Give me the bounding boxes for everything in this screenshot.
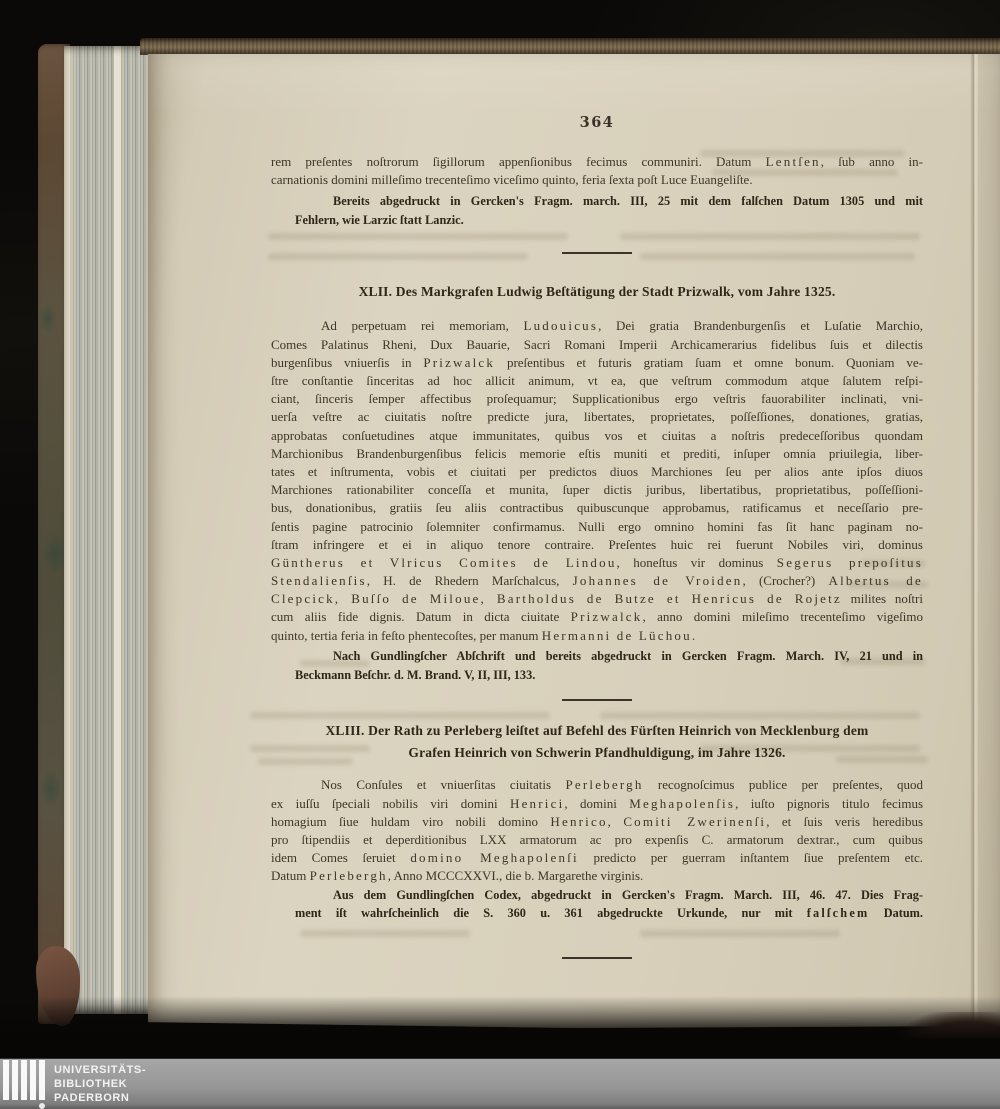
text-line: ſentis pagine patrocinio ſolemniter conf… <box>271 518 923 536</box>
text-paragraph: Nos Conſules et vniuerſitas ciuitatis Pe… <box>271 776 923 885</box>
spaced-name: Segerus prepoſitus <box>777 555 923 570</box>
text-line: XLIII. Der Rath zu Perleberg leiſtet auf… <box>271 720 923 742</box>
logo-bar <box>30 1060 36 1100</box>
spaced-name: Albertus de <box>829 573 923 588</box>
text-line: Marchionibus Brandenburgenſibus felicis … <box>271 445 923 463</box>
text-line: Grafen Heinrich von Schwerin Pfandhuldig… <box>271 742 923 764</box>
text-line: Marchiones rationabiliter conceſſa et mu… <box>271 481 923 499</box>
text-line: Bereits abgedruckt in Gercken's Fragm. m… <box>295 192 923 211</box>
spaced-name: domino Meghapolenſi <box>410 850 578 865</box>
library-logo <box>3 1060 51 1109</box>
separator-rule <box>562 252 632 254</box>
spaced-name: Comiti Zwerinenſi <box>623 814 766 829</box>
text-line: Datum Perlebergh, Anno MCCCXXVI., die b.… <box>271 867 923 885</box>
page-text-block: 364 rem preſentes noſtrorum ſigillorum a… <box>271 54 923 959</box>
source-note: Aus dem Gundlingſchen Codex, abgedruckt … <box>295 886 923 924</box>
library-footer-bar: UNIVERSITÄTS- BIBLIOTHEK PADERBORN <box>0 1058 1000 1109</box>
text-line: Clepcick, Buſſo de Miloue, Bartholdus de… <box>271 590 923 608</box>
text-line: tates et inſtrumenta, vobis et ciuitati … <box>271 463 923 481</box>
separator-rule <box>562 699 632 701</box>
text-line: Aus dem Gundlingſchen Codex, abgedruckt … <box>295 886 923 905</box>
logo-bar <box>21 1060 27 1100</box>
library-name: UNIVERSITÄTS- BIBLIOTHEK PADERBORN <box>54 1063 146 1105</box>
text-line: Nach Gundlingſcher Abſchrift und bereits… <box>295 647 923 666</box>
text-line: approbatas conſuetudines atque immunitat… <box>271 427 923 445</box>
spaced-name: Meghapolenſis <box>629 796 735 811</box>
text-line: homagium ſiue huldam viro nobili domino … <box>271 813 923 831</box>
spaced-name: Henrico <box>550 814 607 829</box>
text-line: XLII. Des Markgrafen Ludwig Beſtätigung … <box>271 281 923 303</box>
spaced-name: Prizwalck <box>423 355 495 370</box>
page-crease <box>970 54 978 1028</box>
spaced-name: Lentſen <box>766 154 821 169</box>
text-line: burgenſibus vniuerſis in Prizwalck preſe… <box>271 354 923 372</box>
text-line: idem Comes ſeruiet domino Meghapolenſi p… <box>271 849 923 867</box>
text-line: uerſa veſtre ac ciuitatis noſtre predict… <box>271 408 923 426</box>
section-heading: XLIII. Der Rath zu Perleberg leiſtet auf… <box>271 720 923 763</box>
text-line: ſtram infringere et ei in aliquo tenore … <box>271 536 923 554</box>
spaced-name: Perlebergh <box>310 868 388 883</box>
spaced-name: Prizwalck <box>571 609 643 624</box>
text-paragraph: Ad perpetuam rei memoriam, Ludouicus, De… <box>271 317 923 644</box>
section-heading: XLII. Des Markgrafen Ludwig Beſtätigung … <box>271 281 923 303</box>
page-number: 364 <box>271 114 923 132</box>
text-line: ciant, ſinceris ſemper affectibus proſeq… <box>271 390 923 408</box>
library-name-line: PADERBORN <box>54 1091 146 1105</box>
spaced-name: Hermanni de Lüchou <box>542 628 692 643</box>
spaced-name: falſchem <box>807 906 870 920</box>
spaced-name: Güntherus et Vlricus Comites de Lindou <box>271 555 617 570</box>
spaced-name: Stendalienſis <box>271 573 367 588</box>
spaced-name: Clepcick, Buſſo de Miloue, Bartholdus de… <box>271 591 842 606</box>
text-line: ex iuſſu ſpeciali nobilis viri domini He… <box>271 795 923 813</box>
library-name-line: BIBLIOTHEK <box>54 1077 146 1091</box>
text-paragraph: rem preſentes noſtrorum ſigillorum appen… <box>271 153 923 189</box>
text-line: pro ſtipendiis et deperditionibus LXX ar… <box>271 831 923 849</box>
spaced-name: Johannes de Vroiden <box>573 573 743 588</box>
text-line: ſtre conſtantie ſinceritas ad hoc allici… <box>271 372 923 390</box>
spaced-name: Ludouicus <box>523 318 598 333</box>
logo-bar <box>12 1060 18 1100</box>
text-line: carnationis domini milleſimo trecenteſim… <box>271 171 923 189</box>
logo-dot <box>39 1103 45 1109</box>
page-right-shading <box>978 54 1000 1028</box>
logo-bar <box>3 1060 9 1100</box>
text-line: ment iſt wahrſcheinlich die S. 360 u. 36… <box>295 904 923 923</box>
page-content: rem preſentes noſtrorum ſigillorum appen… <box>271 153 923 959</box>
text-line: Stendalienſis, H. de Rhedern Marſchalcus… <box>271 572 923 590</box>
text-line: Ad perpetuam rei memoriam, Ludouicus, De… <box>271 317 923 335</box>
separator-rule <box>562 957 632 959</box>
text-line: rem preſentes noſtrorum ſigillorum appen… <box>271 153 923 171</box>
text-line: Beckmann Beſchr. d. M. Brand. V, II, III… <box>295 666 923 685</box>
text-line: Fehlern, wie Larzic ſtatt Lanzic. <box>295 211 923 230</box>
text-line: bus, donationibus, gratiis ſeu aliis con… <box>271 499 923 517</box>
book-top-edge <box>140 38 1000 55</box>
page-block-fore-edge <box>64 46 152 1014</box>
source-note: Nach Gundlingſcher Abſchrift und bereits… <box>295 647 923 685</box>
text-line: quinto, tertia feria in feſto phentecoſt… <box>271 627 923 645</box>
scan-background: 364 rem preſentes noſtrorum ſigillorum a… <box>0 0 1000 1109</box>
text-line: Comes Palatinus Rheni, Dux Bauarie, Sacr… <box>271 336 923 354</box>
spaced-name: Perlebergh <box>565 777 643 792</box>
text-line: cum aliis fide dignis. Datum in dicta ci… <box>271 608 923 626</box>
text-line: Nos Conſules et vniuerſitas ciuitatis Pe… <box>271 776 923 794</box>
spaced-name: Henrici <box>510 796 564 811</box>
library-name-line: UNIVERSITÄTS- <box>54 1063 146 1077</box>
source-note: Bereits abgedruckt in Gercken's Fragm. m… <box>295 192 923 230</box>
logo-bar <box>39 1060 45 1100</box>
scanned-page: 364 rem preſentes noſtrorum ſigillorum a… <box>148 54 1000 1028</box>
text-line: Güntherus et Vlricus Comites de Lindou, … <box>271 554 923 572</box>
book-bottom-shadow <box>0 996 1000 1058</box>
